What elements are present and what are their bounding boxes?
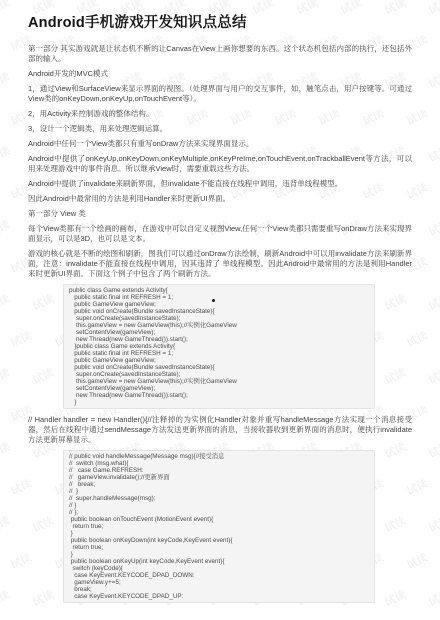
watermark-text: 试读 [426, 216, 440, 240]
watermark-text: 试读 [426, 290, 440, 314]
watermark-text: 试读 [0, 438, 12, 462]
document-page: 试读试读试读试读试读试读试读试读试读试读试读试读试读试读试读试读试读试读试读试读… [0, 0, 440, 620]
paragraph: 3，设计一个逻辑类，用来处理逻辑运算。 [28, 124, 412, 134]
paragraph: Android中提供了onKeyUp,onKeyDown,onKeyMultip… [28, 154, 412, 174]
watermark-text: 试读 [426, 364, 440, 388]
watermark-text: 试读 [0, 512, 12, 536]
watermark-text: 试读 [0, 290, 12, 314]
paragraph: 每个View类都有一个绘画的画布，在游戏中可以自定义视图View,任何一个Vie… [28, 224, 412, 244]
page-title: Android手机游戏开发知识点总结 [28, 15, 412, 32]
watermark-text: 试读 [426, 586, 440, 610]
code-block: public class Game extends Activity{ publ… [63, 284, 375, 409]
watermark-text: 试读 [426, 438, 440, 462]
paragraph: Android中任何一个View类都只有重写onDraw方法来实现界面显示。 [28, 139, 412, 149]
paragraph: // Handler handler = new Handler(){//注释掉… [28, 415, 412, 445]
watermark-text: 试读 [426, 68, 440, 92]
paragraph: Android中提供了invalidate来刷新界面，但invalidate不能… [28, 179, 412, 189]
document-content: 第一部分 其实游戏就是让状态机不断的让Canvas在View上画你想要的东西。这… [28, 44, 412, 603]
watermark-text: 试读 [0, 142, 12, 166]
code-block: // public void handleMessage(Message msg… [63, 450, 375, 603]
watermark-text: 试读 [0, 216, 12, 240]
watermark-text: 试读 [0, 364, 12, 388]
paragraph: 游戏的核心就是不断的绘图和刷新，图我们可以通过onDraw方法绘制，刷新Andr… [28, 249, 412, 279]
watermark-text: 试读 [426, 0, 440, 18]
paragraph: 因此Android中最常用的方法是利用Handler来时更新UI界面。 [28, 194, 412, 204]
ink-dot [212, 299, 215, 302]
watermark-text: 试读 [0, 586, 12, 610]
paragraph: 2，用Activity来控制游戏的整体结构。 [28, 109, 412, 119]
watermark-text: 试读 [0, 68, 12, 92]
paragraph: 第一部分 View 类 [28, 209, 412, 219]
paragraph: 1，通过View和SurfaceView来显示界面的视图。（处理界面与用户的交互… [28, 84, 412, 104]
watermark-text: 试读 [426, 142, 440, 166]
watermark-text: 试读 [426, 512, 440, 536]
watermark-text: 试读 [0, 0, 12, 18]
paragraph: Android开发的MVC模式 [28, 69, 412, 79]
paragraph: 第一部分 其实游戏就是让状态机不断的让Canvas在View上画你想要的东西。这… [28, 44, 412, 64]
